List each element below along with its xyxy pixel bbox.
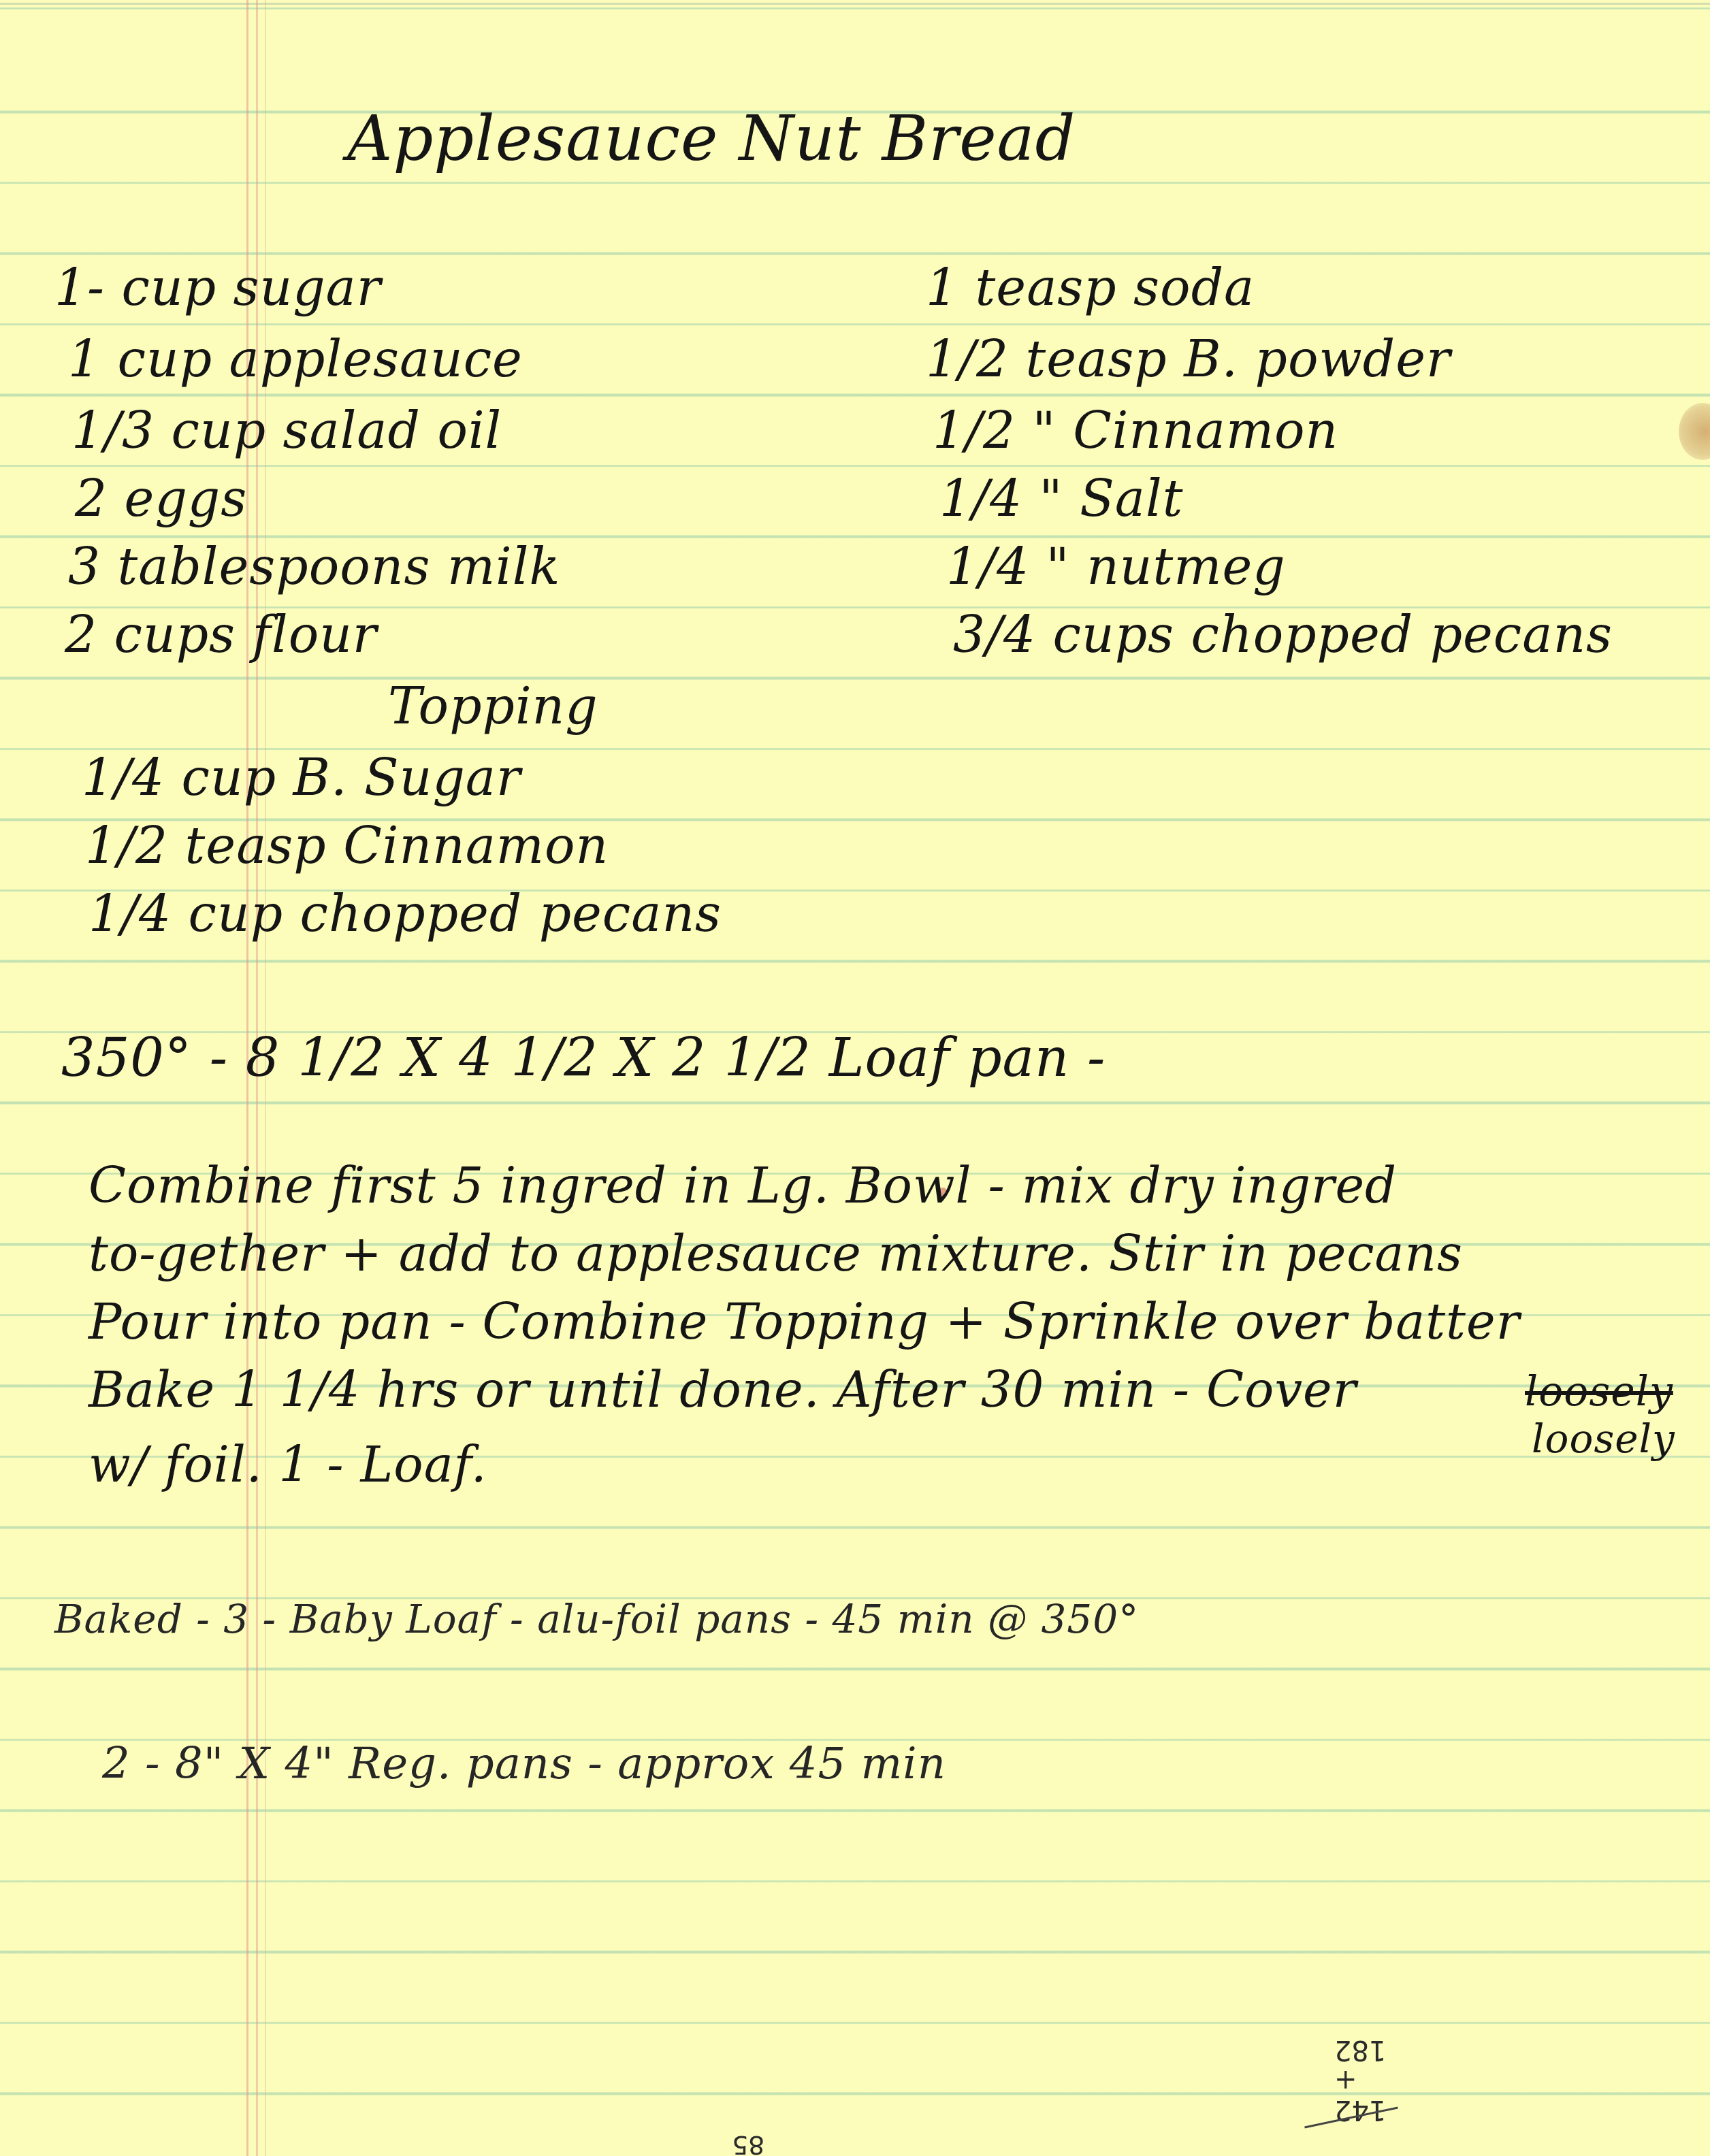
recipe-title: Applesauce Nut Bread bbox=[347, 102, 1076, 175]
ingredient-item: 2 eggs bbox=[75, 470, 247, 528]
page-mark: 85 bbox=[732, 2130, 764, 2156]
baking-note: 2 - 8" X 4" Reg. pans - approx 45 min bbox=[102, 1739, 946, 1789]
struck-word: loosely bbox=[1525, 1368, 1673, 1416]
ingredient-item: 1/2 teasp B. powder bbox=[926, 330, 1451, 389]
topping-item: 1/4 cup chopped pecans bbox=[88, 885, 722, 943]
directions-line: w/ foil. 1 - Loaf. bbox=[88, 1436, 487, 1493]
ingredient-item: 1 cup applesauce bbox=[68, 330, 523, 389]
oven-temp-and-pan-size: 350° - 8 1/2 X 4 1/2 X 2 1/2 Loaf pan - bbox=[61, 1028, 1106, 1089]
topping-heading: Topping bbox=[388, 677, 598, 736]
ingredient-item: 3 tablespoons milk bbox=[68, 538, 560, 596]
correction-word: loosely bbox=[1532, 1416, 1675, 1462]
baking-note: Baked - 3 - Baby Loaf - alu-foil pans - … bbox=[54, 1596, 1139, 1642]
ingredient-item: 2 cups flour bbox=[65, 606, 377, 664]
directions-line: Pour into pan - Combine Topping + Sprink… bbox=[88, 1293, 1520, 1350]
calc-number: 182 bbox=[1334, 2035, 1386, 2065]
directions-line: Combine first 5 ingred in Lg. Bowl - mix… bbox=[88, 1157, 1397, 1214]
directions-line: Bake 1 1/4 hrs or until done. After 30 m… bbox=[88, 1361, 1357, 1418]
directions-line: to-gether + add to applesauce mixture. S… bbox=[88, 1225, 1463, 1282]
ingredient-item: 1/3 cup salad oil bbox=[71, 402, 502, 460]
ingredient-item: 1 teasp soda bbox=[926, 259, 1255, 317]
ingredient-item: 1/4 " nutmeg bbox=[946, 538, 1286, 596]
ingredient-item: 3/4 cups chopped pecans bbox=[953, 606, 1613, 664]
ingredient-item: 1/4 " Salt bbox=[939, 470, 1183, 528]
calc-operator: + bbox=[1334, 2065, 1386, 2095]
topping-item: 1/2 teasp Cinnamon bbox=[85, 817, 609, 875]
ingredient-item: 1/2 " Cinnamon bbox=[933, 402, 1338, 460]
ingredient-item: 1- cup sugar bbox=[54, 259, 381, 317]
topping-item: 1/4 cup B. Sugar bbox=[82, 749, 521, 807]
